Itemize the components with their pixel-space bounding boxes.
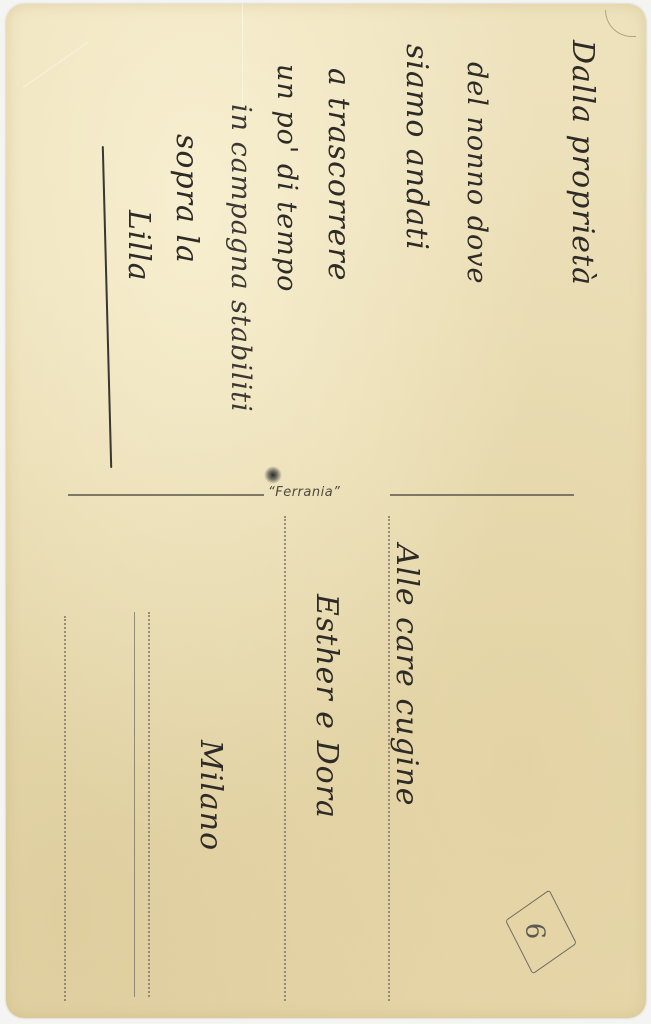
message-line-6: in campagna stabiliti (225, 104, 256, 413)
ink-smudge (264, 466, 282, 484)
signature-underline (102, 146, 112, 468)
divider-right (390, 494, 574, 496)
postcard-back: “Ferrania” Dalla proprietà del nonno dov… (6, 4, 646, 1018)
address-line-4 (284, 516, 286, 1001)
message-line-4: a trascorrere (321, 68, 356, 282)
address-line-recipient: Alle care cugine (389, 544, 424, 806)
message-line-2: del nonno dove (461, 62, 492, 285)
address-line-3 (148, 612, 150, 997)
message-line-1: Dalla proprietà (565, 40, 600, 286)
corner-fold (605, 10, 636, 37)
address-line-city: Milano (193, 740, 228, 851)
message-line-3: siamo andati (399, 44, 434, 251)
divider-left (68, 494, 264, 496)
message-line-5: un po' di tempo (271, 64, 302, 292)
pencil-number: 6 (519, 923, 549, 940)
paper-crease (23, 41, 89, 88)
address-line-1 (64, 616, 66, 1001)
address-line-names: Esther e Dora (309, 594, 344, 819)
message-line-7: sopra la (169, 134, 204, 264)
signature: Lilla (121, 210, 156, 282)
brand-imprint: “Ferrania” (268, 485, 340, 500)
address-line-2 (134, 612, 135, 997)
